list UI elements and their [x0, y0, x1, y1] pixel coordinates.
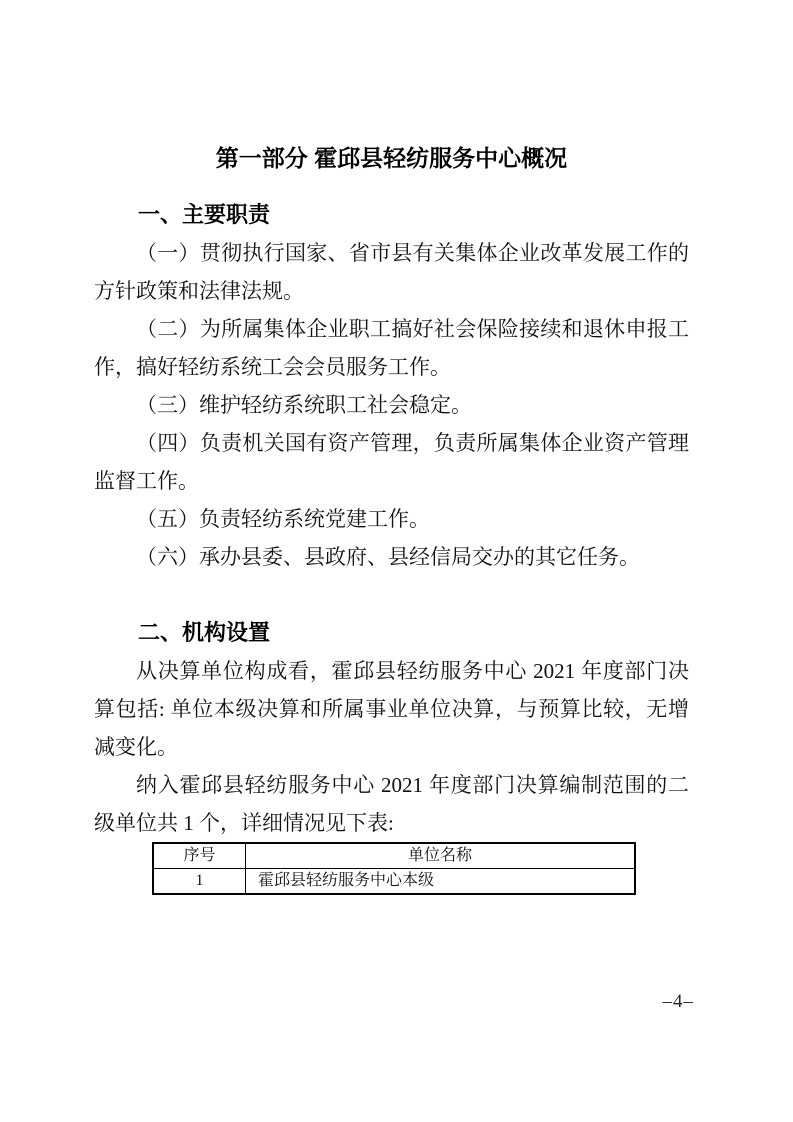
- duty-paragraph-6: （六）承办县委、县政府、县经信局交办的其它任务。: [94, 538, 689, 576]
- units-table-cell-unit-name: 霍邱县轻纺服务中心本级: [246, 869, 636, 895]
- units-table-row: 1 霍邱县轻纺服务中心本级: [153, 869, 635, 895]
- duty-paragraph-1: （一）贯彻执行国家、省市县有关集体企业改革发展工作的方针政策和法律法规。: [94, 234, 689, 310]
- duty-paragraph-3: （三）维护轻纺系统职工社会稳定。: [94, 386, 689, 424]
- org-paragraph-2: 纳入霍邱县轻纺服务中心 2021 年度部门决算编制范围的二级单位共 1 个，详细…: [94, 766, 689, 842]
- section-heading-org-structure: 二、机构设置: [94, 614, 689, 652]
- duty-paragraph-4: （四）负责机关国有资产管理，负责所属集体企业资产管理监督工作。: [94, 424, 689, 500]
- duty-paragraph-2: （二）为所属集体企业职工搞好社会保险接续和退休申报工作，搞好轻纺系统工会会员服务…: [94, 310, 689, 386]
- units-table-cell-index: 1: [153, 869, 246, 895]
- document-title: 第一部分 霍邱县轻纺服务中心概况: [94, 143, 689, 173]
- org-paragraph-1: 从决算单位构成看，霍邱县轻纺服务中心 2021 年度部门决算包括: 单位本级决算…: [94, 652, 689, 766]
- units-table-header-unit-name: 单位名称: [246, 843, 636, 869]
- units-table-header-row: 序号 单位名称: [153, 843, 635, 869]
- duty-paragraph-5: （五）负责轻纺系统党建工作。: [94, 500, 689, 538]
- units-table-header-index: 序号: [153, 843, 246, 869]
- section-heading-main-duties: 一、主要职责: [94, 196, 689, 234]
- document-content: 第一部分 霍邱县轻纺服务中心概况 一、主要职责 （一）贯彻执行国家、省市县有关集…: [0, 0, 793, 895]
- document-page: 第一部分 霍邱县轻纺服务中心概况 一、主要职责 （一）贯彻执行国家、省市县有关集…: [0, 0, 793, 1122]
- units-table: 序号 单位名称 1 霍邱县轻纺服务中心本级: [152, 842, 636, 895]
- page-number: –4–: [663, 991, 695, 1013]
